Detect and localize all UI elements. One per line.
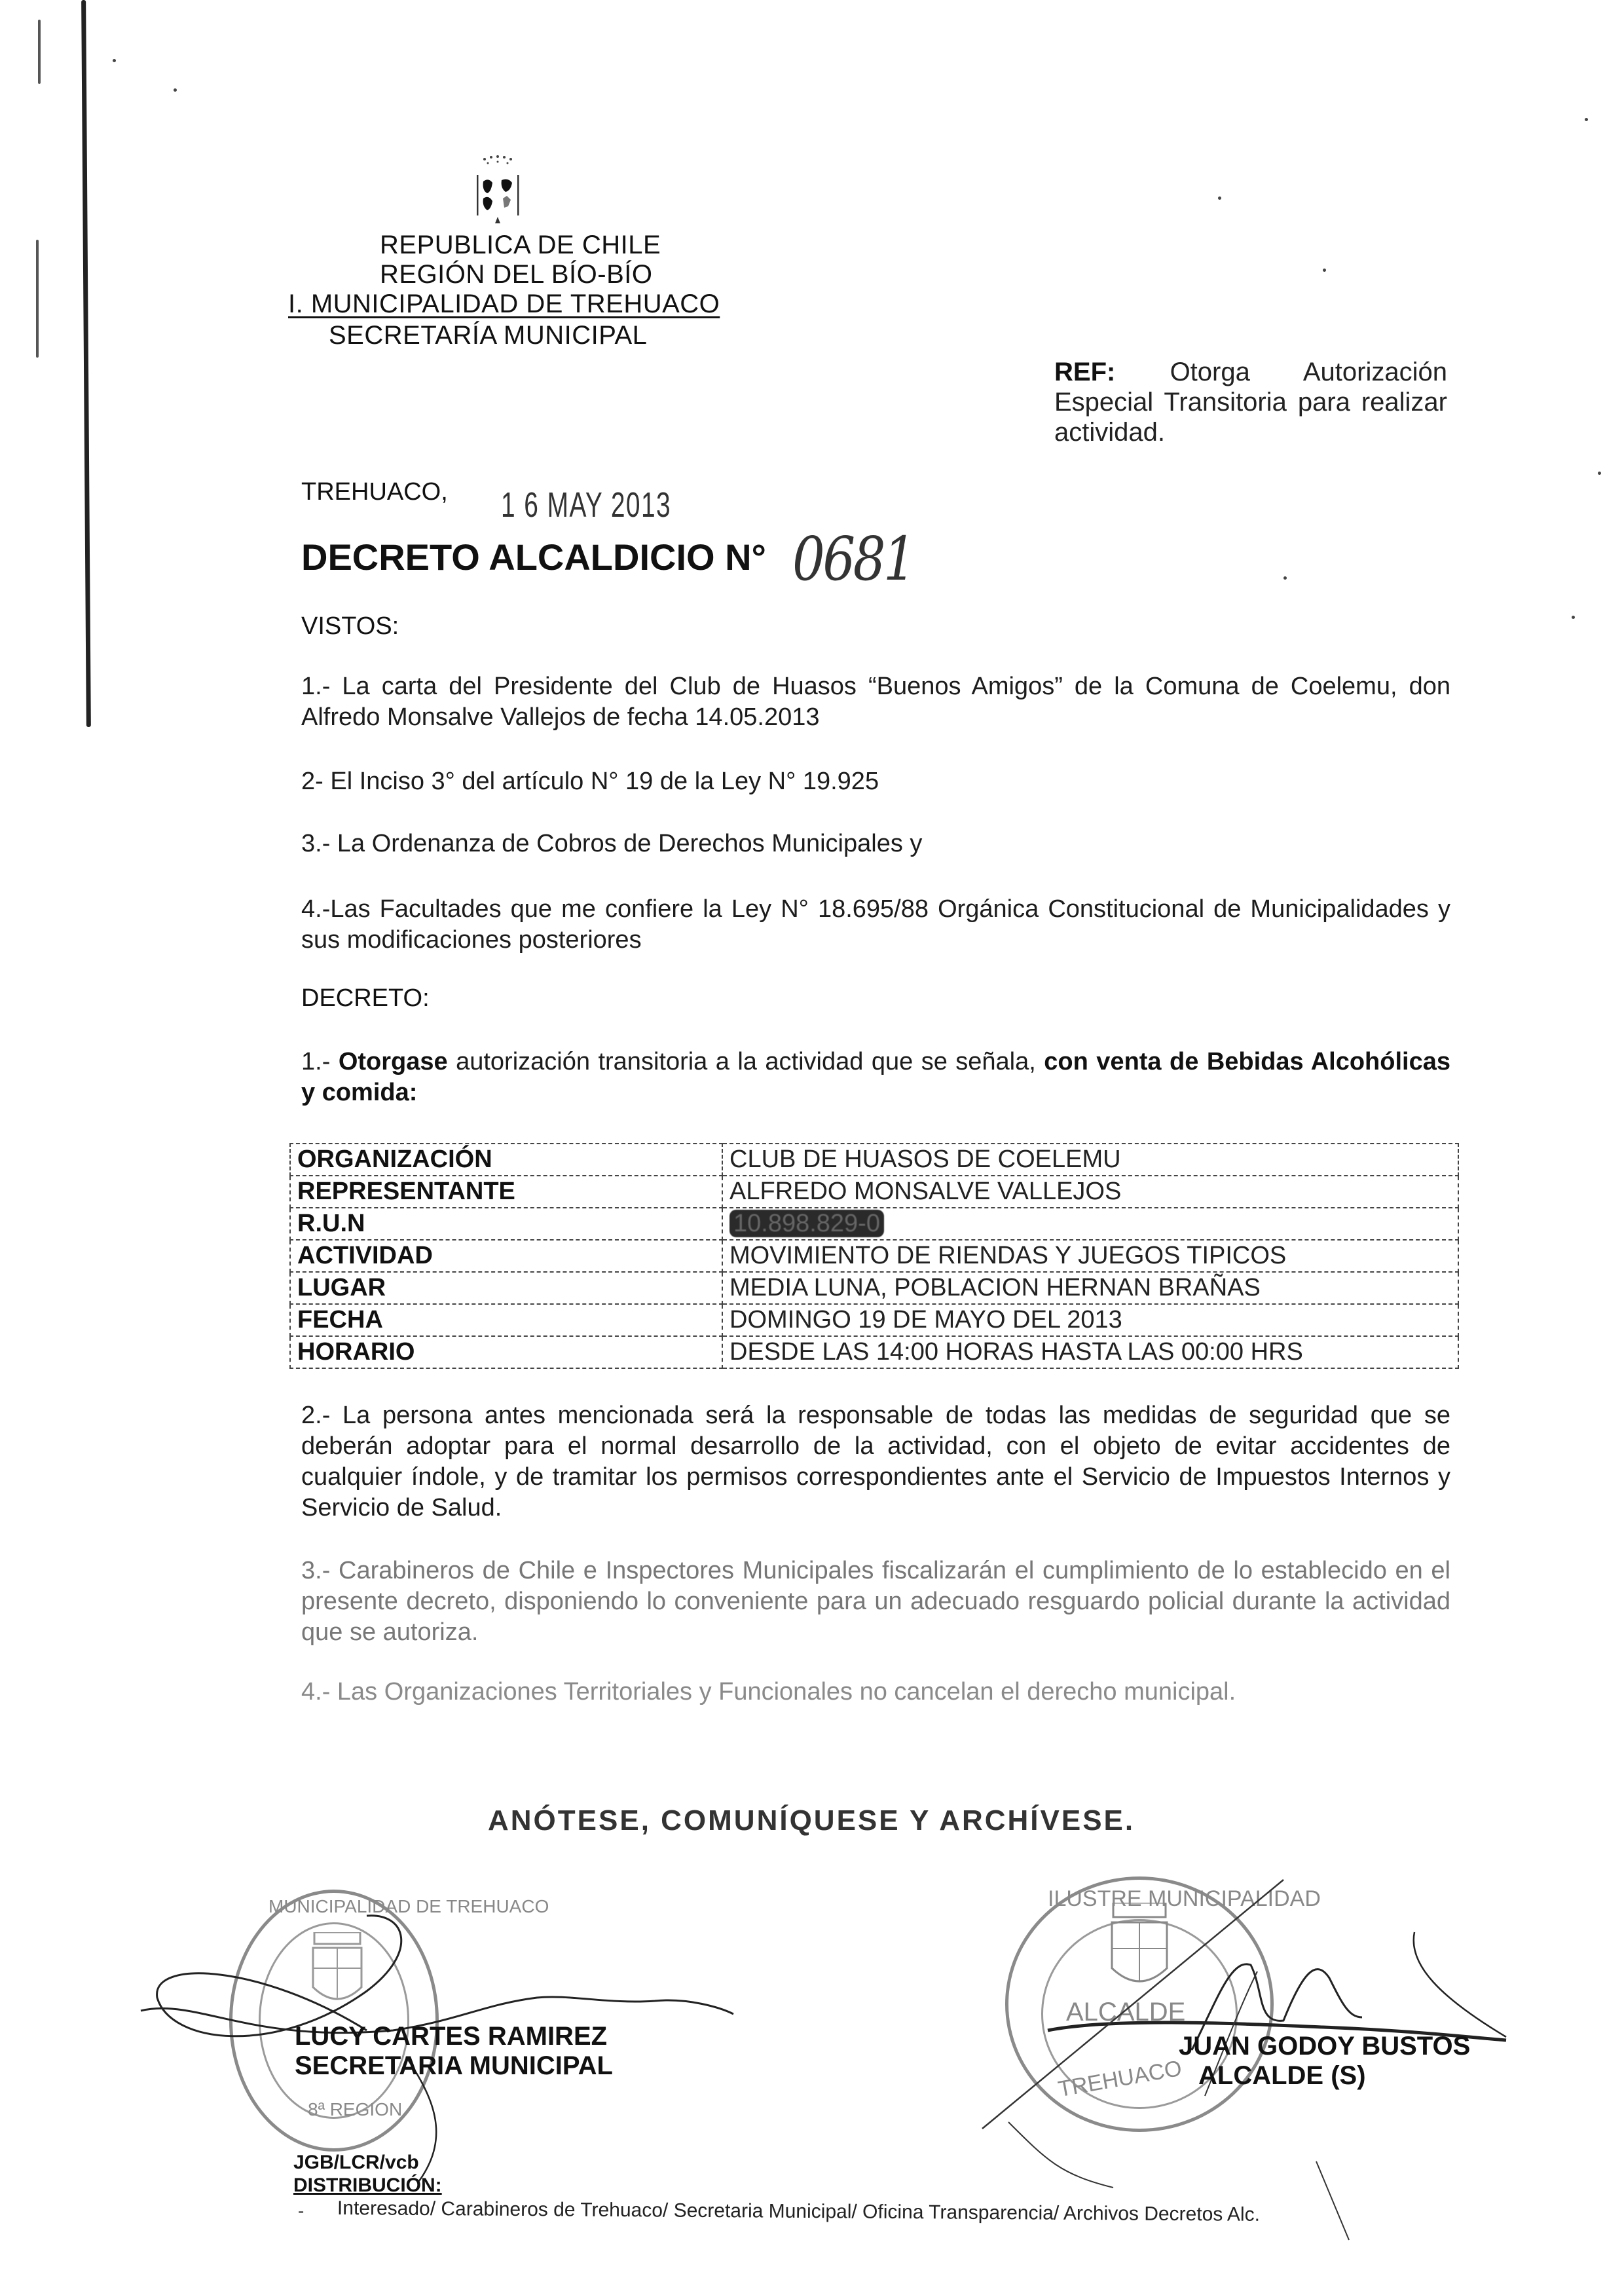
- scan-edge-mark: [38, 20, 41, 84]
- alcalde-seal-top-text: ILUSTRE MUNICIPALIDAD: [1048, 1886, 1321, 1912]
- table-row-organizacion: ORGANIZACIÓN CLUB DE HUASOS DE COELEMU: [290, 1144, 1458, 1176]
- distribution-list: Interesado/ Carabineros de Trehuaco/ Sec…: [337, 2197, 1260, 2226]
- decreto-item-2: 2.- La persona antes mencionada será la …: [301, 1400, 1450, 1523]
- scan-speck: [1283, 576, 1287, 580]
- table-key: ORGANIZACIÓN: [290, 1144, 722, 1176]
- place-label: TREHUACO,: [301, 478, 448, 506]
- table-key: LUGAR: [290, 1272, 722, 1304]
- ref-label: REF:: [1054, 358, 1115, 386]
- scan-speck: [113, 59, 116, 62]
- scan-speck: [1598, 472, 1601, 475]
- scan-speck: [1585, 118, 1588, 121]
- visto-item-3: 3.- La Ordenanza de Cobros de Derechos M…: [301, 829, 1450, 859]
- secretaria-seal-bottom-text: 8ª REGION: [308, 2099, 402, 2120]
- table-row-run: R.U.N 10.898.829-0: [290, 1208, 1458, 1240]
- table-value: ALFREDO MONSALVE VALLEJOS: [722, 1176, 1458, 1208]
- distribution-bullet: -: [298, 2201, 304, 2222]
- scan-edge-mark: [36, 240, 39, 358]
- scan-edge-line: [81, 0, 91, 727]
- table-value: 10.898.829-0: [722, 1208, 1458, 1240]
- header-region: REGIÓN DEL BÍO-BÍO: [380, 260, 652, 289]
- alcalde-name: JUAN GODOY BUSTOS: [1179, 2032, 1470, 2061]
- decreto-item-1-bold-start: Otorgase: [339, 1048, 448, 1075]
- table-value: DESDE LAS 14:00 HORAS HASTA LAS 00:00 HR…: [722, 1336, 1458, 1368]
- decree-title: DECRETO ALCALDICIO N°: [301, 536, 766, 578]
- seal-shield-icon: [308, 1932, 367, 2011]
- table-key: HORARIO: [290, 1336, 722, 1368]
- municipal-crest-icon: [465, 154, 530, 229]
- table-row-representante: REPRESENTANTE ALFREDO MONSALVE VALLEJOS: [290, 1176, 1458, 1208]
- decreto-item-4: 4.- Las Organizaciones Territoriales y F…: [301, 1677, 1450, 1707]
- decreto-item-1-middle: autorización transitoria a la actividad …: [448, 1048, 1044, 1075]
- table-row-actividad: ACTIVIDAD MOVIMIENTO DE RIENDAS Y JUEGOS…: [290, 1240, 1458, 1272]
- header-municipality: I. MUNICIPALIDAD DE TREHUACO: [288, 289, 720, 319]
- decreto-item-1-prefix: 1.-: [301, 1048, 339, 1075]
- table-row-lugar: LUGAR MEDIA LUNA, POBLACION HERNAN BRAÑA…: [290, 1272, 1458, 1304]
- scan-speck: [1323, 269, 1326, 272]
- table-value: MOVIMIENTO DE RIENDAS Y JUEGOS TIPICOS: [722, 1240, 1458, 1272]
- table-row-fecha: FECHA DOMINGO 19 DE MAYO DEL 2013: [290, 1304, 1458, 1336]
- alcalde-seal-center-text: ALCALDE: [1066, 1998, 1185, 2027]
- closing-formula: ANÓTESE, COMUNÍQUESE Y ARCHÍVESE.: [488, 1804, 1135, 1837]
- seal-shield-icon: [1107, 1903, 1172, 1994]
- table-key: R.U.N: [290, 1208, 722, 1240]
- header-department: SECRETARÍA MUNICIPAL: [329, 321, 647, 350]
- visto-item-1: 1.- La carta del Presidente del Club de …: [301, 671, 1450, 733]
- header-country: REPUBLICA DE CHILE: [380, 231, 661, 260]
- scan-speck: [174, 88, 177, 92]
- table-value: MEDIA LUNA, POBLACION HERNAN BRAÑAS: [722, 1272, 1458, 1304]
- scan-speck: [1572, 616, 1575, 619]
- alcalde-role: ALCALDE (S): [1198, 2061, 1366, 2091]
- table-key: ACTIVIDAD: [290, 1240, 722, 1272]
- visto-item-4: 4.-Las Facultades que me confiere la Ley…: [301, 894, 1450, 956]
- decree-number-handwritten: 0681: [792, 524, 913, 594]
- activity-info-table: ORGANIZACIÓN CLUB DE HUASOS DE COELEMU R…: [289, 1143, 1459, 1369]
- table-key: FECHA: [290, 1304, 722, 1336]
- decreto-item-1: 1.- Otorgase autorización transitoria a …: [301, 1047, 1450, 1108]
- table-row-horario: HORARIO DESDE LAS 14:00 HORAS HASTA LAS …: [290, 1336, 1458, 1368]
- vistos-label: VISTOS:: [301, 612, 399, 641]
- initials: JGB/LCR/vcb: [293, 2152, 419, 2174]
- decreto-item-3: 3.- Carabineros de Chile e Inspectores M…: [301, 1556, 1450, 1648]
- secretaria-role: SECRETARIA MUNICIPAL: [295, 2051, 613, 2081]
- table-value: DOMINGO 19 DE MAYO DEL 2013: [722, 1304, 1458, 1336]
- redacted-run: 10.898.829-0: [729, 1210, 884, 1237]
- table-value: CLUB DE HUASOS DE COELEMU: [722, 1144, 1458, 1176]
- secretaria-seal-top-text: MUNICIPALIDAD DE TREHUACO: [268, 1896, 549, 1917]
- distribution-label: DISTRIBUCIÓN:: [293, 2174, 442, 2197]
- reference-block: REF: Otorga Autorización Especial Transi…: [1054, 357, 1447, 447]
- table-key: REPRESENTANTE: [290, 1176, 722, 1208]
- scan-speck: [1218, 196, 1221, 200]
- secretaria-name: LUCY CARTES RAMIREZ: [295, 2022, 607, 2051]
- stamped-date: 1 6 MAY 2013: [501, 485, 671, 525]
- visto-item-2: 2- El Inciso 3° del artículo N° 19 de la…: [301, 766, 1450, 797]
- decreto-label: DECRETO:: [301, 984, 430, 1013]
